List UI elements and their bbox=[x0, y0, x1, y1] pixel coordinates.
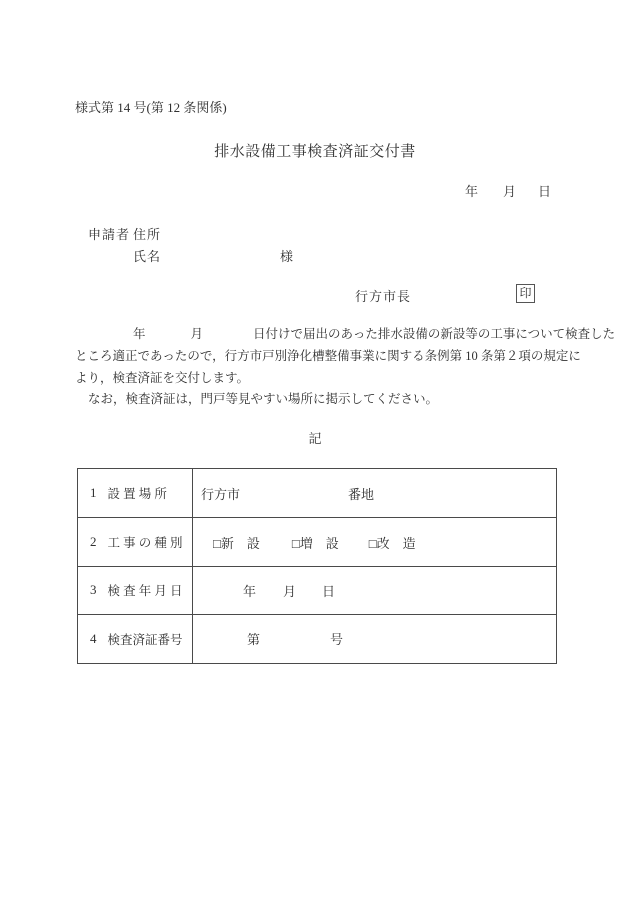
row-value-cell: 年 月 日 bbox=[193, 567, 556, 614]
checkbox-option-remodel: □改 造 bbox=[369, 533, 416, 552]
body-line-3: より，検査済証を交付します。 bbox=[75, 368, 575, 390]
row-value-cell: □新 設 □増 設 □改 造 bbox=[193, 518, 556, 565]
table-row-construction-type: 2 工 事 の 種 別 □新 設 □増 設 □改 造 bbox=[78, 517, 556, 565]
row-value-cell: 行方市 番地 bbox=[193, 469, 556, 517]
location-lot-suffix: 番地 bbox=[348, 484, 374, 503]
issue-date-year-label: 年 bbox=[465, 184, 478, 199]
mayor-title: 行方市長 bbox=[355, 286, 411, 305]
certificate-number-suffix: 号 bbox=[330, 629, 343, 648]
applicant-name-label: 氏名 bbox=[133, 246, 161, 265]
issue-date-line: 年月日 bbox=[465, 181, 551, 200]
body-line-1: 年月日付けで届出のあった排水設備の新設等の工事について検査した bbox=[75, 324, 575, 346]
body-year-blank: 年 bbox=[133, 327, 146, 341]
body-paragraph: 年月日付けで届出のあった排水設備の新設等の工事について検査した ところ適正であっ… bbox=[75, 324, 575, 411]
seal-stamp-icon: 印 bbox=[516, 284, 535, 303]
applicant-label: 申請者 bbox=[88, 224, 130, 243]
body-line-1-text: 日付けで届出のあった排水設備の新設等の工事について検査した bbox=[253, 327, 615, 341]
body-month-blank: 月 bbox=[191, 327, 204, 341]
document-page: 様式第 14 号(第 12 条関係) 排水設備工事検査済証交付書 年月日 申請者… bbox=[0, 0, 630, 915]
row-number: 3 bbox=[90, 582, 97, 598]
document-title: 排水設備工事検査済証交付書 bbox=[0, 140, 630, 161]
table-row-inspection-date: 3 検 査 年 月 日 年 月 日 bbox=[78, 566, 556, 614]
inspection-day-label: 日 bbox=[322, 581, 335, 600]
inspection-month-label: 月 bbox=[283, 581, 296, 600]
location-city-text: 行方市 bbox=[201, 484, 240, 503]
row-label: 検 査 年 月 日 bbox=[108, 581, 183, 599]
applicant-address-label: 住所 bbox=[133, 224, 161, 243]
body-line-2: ところ適正であったので，行方市戸別浄化槽整備事業に関する条例第 10 条第２項の… bbox=[75, 346, 575, 368]
row-label-cell: 2 工 事 の 種 別 bbox=[78, 518, 193, 565]
row-value-cell: 第 号 bbox=[193, 615, 556, 662]
row-number: 1 bbox=[90, 485, 97, 501]
form-number: 様式第 14 号(第 12 条関係) bbox=[75, 97, 227, 116]
row-label: 設 置 場 所 bbox=[108, 484, 167, 502]
details-table: 1 設 置 場 所 行方市 番地 2 工 事 の 種 別 □新 設 □増 設 □… bbox=[77, 468, 557, 664]
body-line-4: なお，検査済証は，門戸等見やすい場所に掲示してください。 bbox=[75, 389, 575, 411]
honorific-sama: 様 bbox=[280, 246, 293, 265]
table-row-location: 1 設 置 場 所 行方市 番地 bbox=[78, 469, 556, 517]
checkbox-option-new: □新 設 bbox=[213, 533, 260, 552]
checkbox-option-extension: □増 設 bbox=[292, 533, 339, 552]
row-label: 工 事 の 種 別 bbox=[108, 533, 183, 551]
table-row-certificate-number: 4 検査済証番号 第 号 bbox=[78, 614, 556, 662]
issue-date-day-label: 日 bbox=[538, 184, 551, 199]
record-heading: 記 bbox=[0, 428, 630, 447]
row-label-cell: 3 検 査 年 月 日 bbox=[78, 567, 193, 614]
row-number: 2 bbox=[90, 534, 97, 550]
certificate-number-prefix: 第 bbox=[247, 629, 260, 648]
row-label-cell: 4 検査済証番号 bbox=[78, 615, 193, 662]
issue-date-month-label: 月 bbox=[503, 184, 516, 199]
row-label-cell: 1 設 置 場 所 bbox=[78, 469, 193, 517]
row-number: 4 bbox=[90, 631, 97, 647]
row-label: 検査済証番号 bbox=[108, 630, 183, 648]
inspection-year-label: 年 bbox=[243, 581, 256, 600]
